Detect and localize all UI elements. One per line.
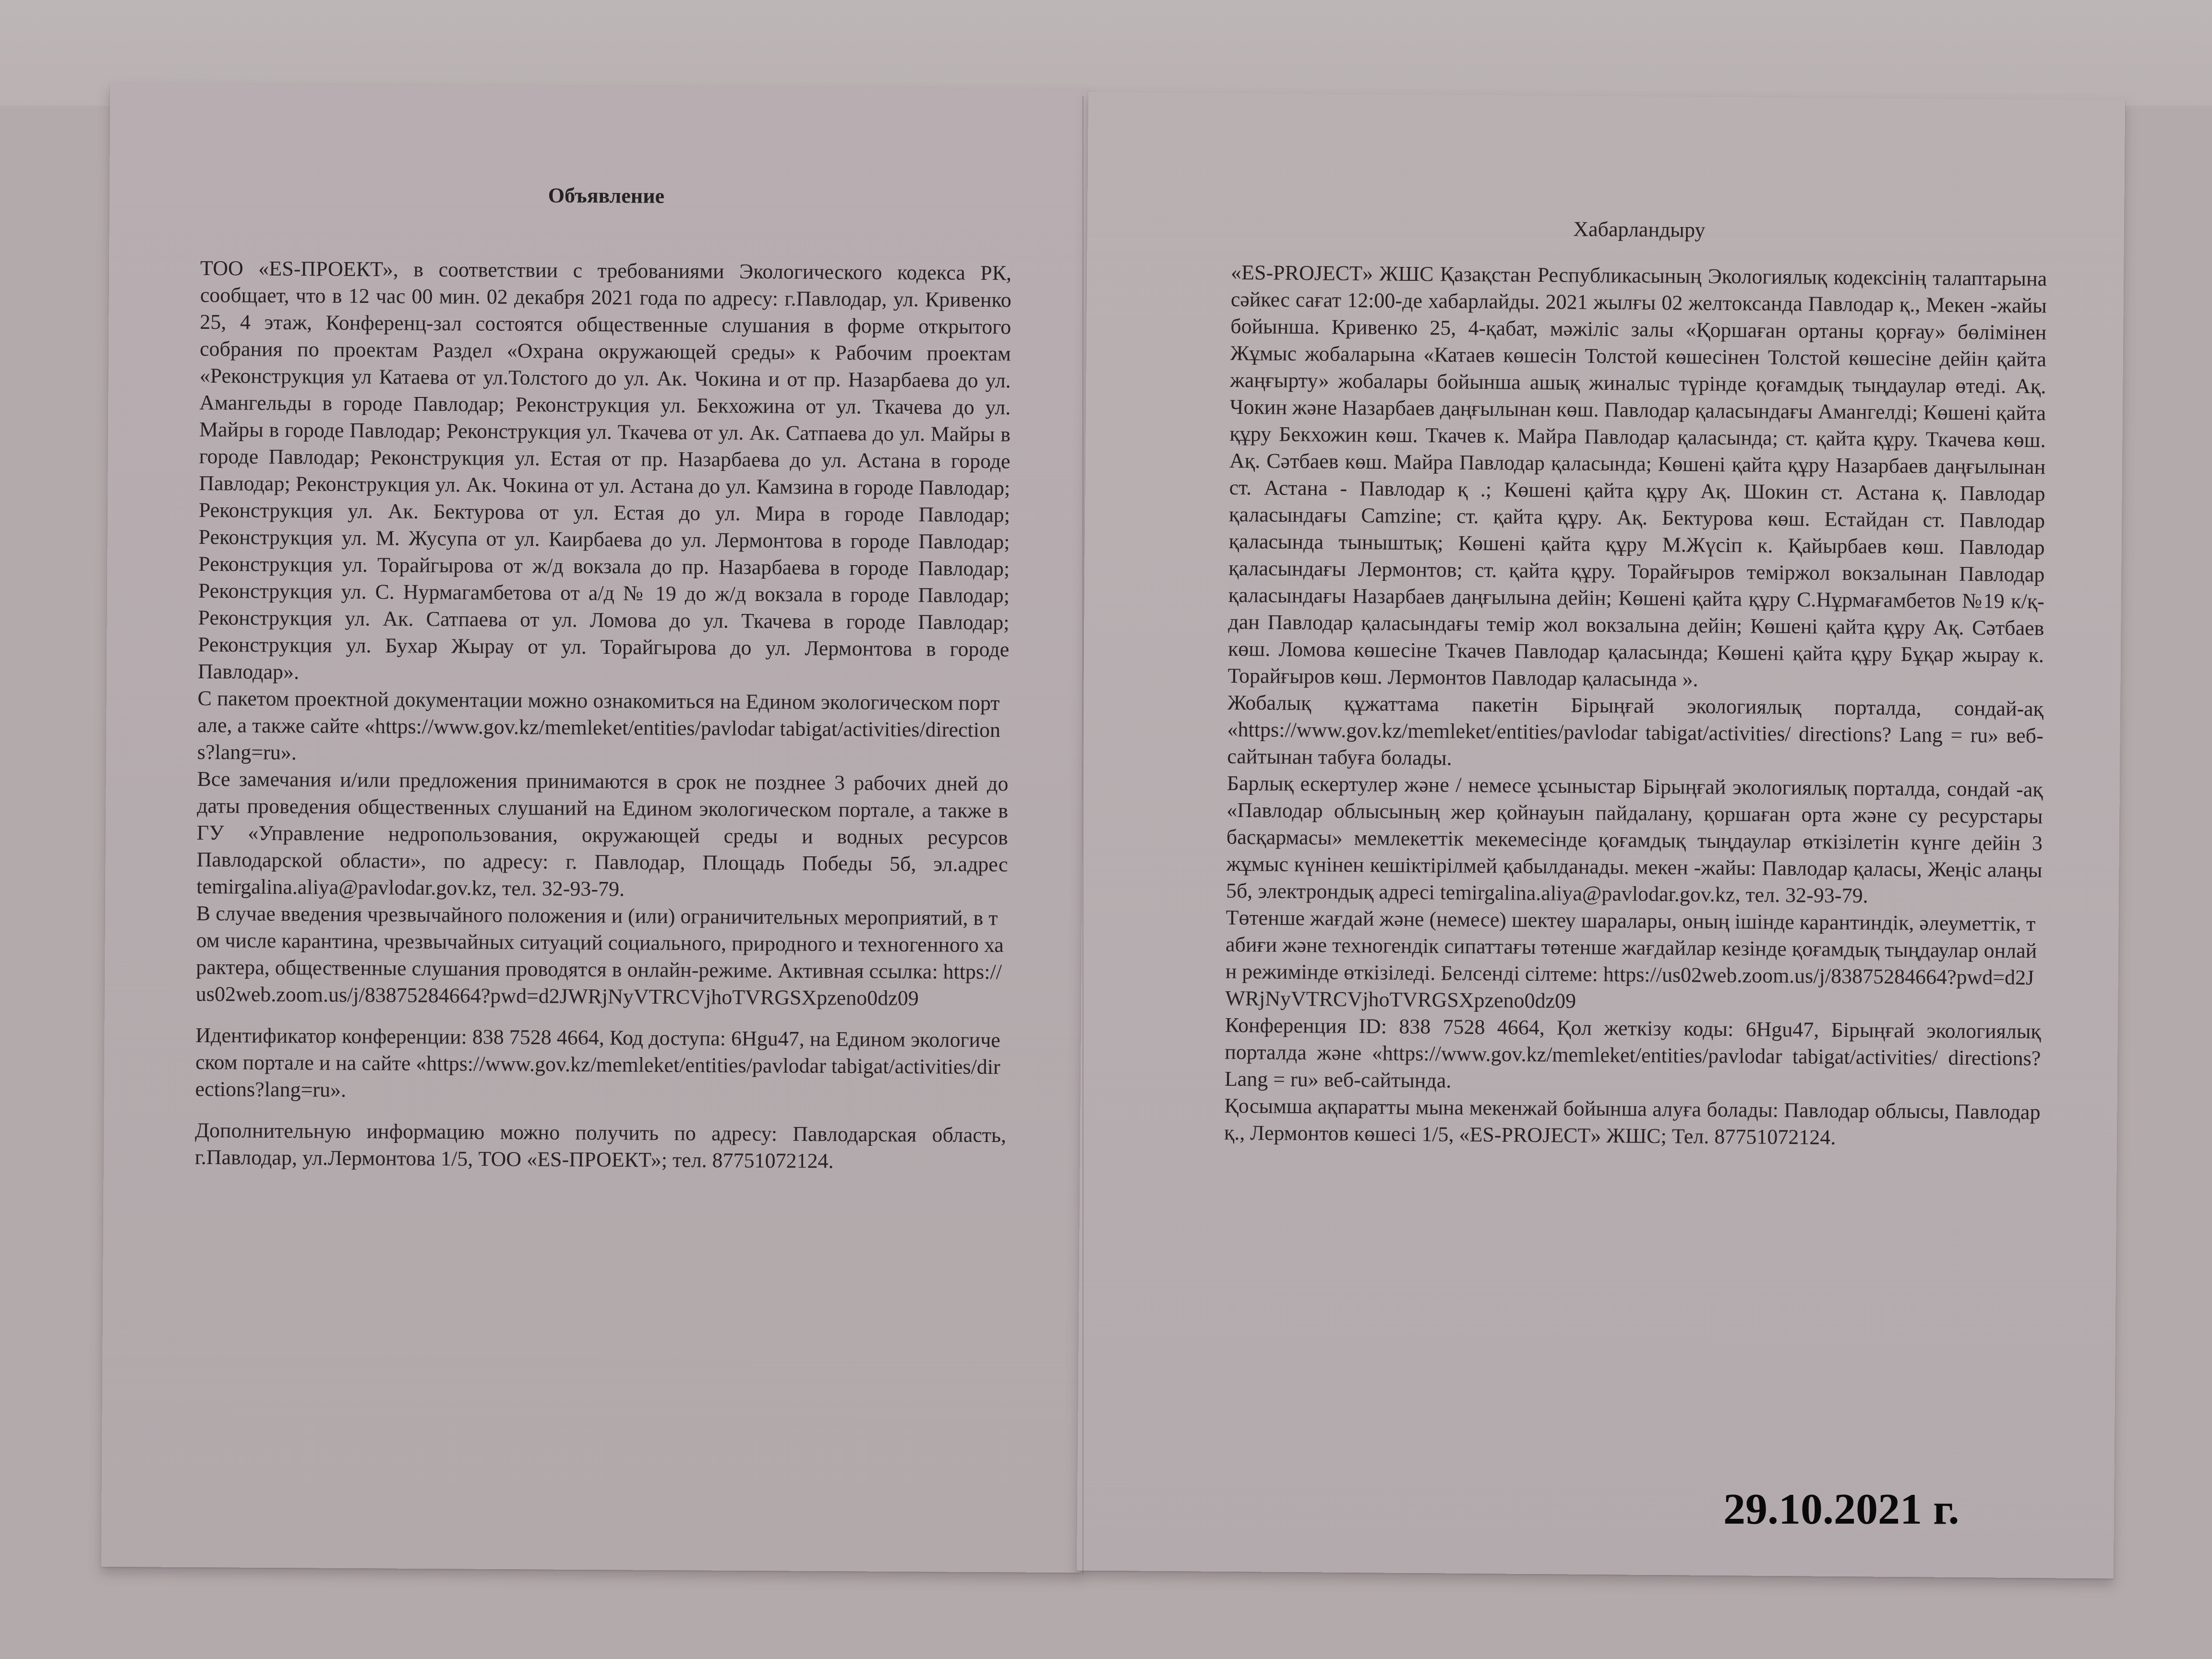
russian-title: Объявление [201, 180, 1012, 212]
sheet-overlap-seam [1082, 96, 1083, 1575]
russian-paragraph-online: В случае введения чрезвычайного положени… [196, 900, 1008, 1012]
kazakh-paragraph-main: «ES-PROJECT» ЖШС Қазақстан Республикасын… [1227, 259, 2047, 696]
announcement-sheet-kazakh: Хабарландыру «ES-PROJECT» ЖШС Қазақстан … [1077, 92, 2125, 1579]
photo-date-stamp: 29.10.2021 г. [1723, 1483, 1959, 1534]
kazakh-paragraph-contact: Қосымша ақпаратты мына мекенжай бойынша … [1224, 1093, 2041, 1153]
kazakh-paragraph-online: Төтенше жағдай және (немесе) шектеу шара… [1225, 904, 2042, 1018]
russian-paragraph-conference-id: Идентификатор конференции: 838 7528 4664… [195, 1022, 1007, 1107]
kazakh-paragraph-comments: Барлық ескертулер және / немесе ұсыныста… [1226, 770, 2043, 911]
russian-paragraph-comments: Все замечания и/или предложения принимаю… [196, 766, 1009, 905]
russian-paragraph-documentation: С пакетом проектной документации можно о… [197, 685, 1009, 770]
kazakh-paragraph-conference-id: Конференция ID: 838 7528 4664, Қол жеткі… [1225, 1012, 2041, 1099]
russian-text-column: Объявление ТОО «ES-ПРОЕКТ», в соответств… [195, 180, 1012, 1176]
announcement-sheet-russian: Объявление ТОО «ES-ПРОЕКТ», в соответств… [101, 84, 1090, 1573]
russian-paragraph-contact: Дополнительную информацию можно получить… [195, 1117, 1007, 1176]
kazakh-text-column: Хабарландыру «ES-PROJECT» ЖШС Қазақстан … [1224, 213, 2047, 1153]
kazakh-title: Хабарландыру [1231, 213, 2047, 246]
russian-paragraph-main: ТОО «ES-ПРОЕКТ», в соответствии с требов… [198, 255, 1011, 690]
kazakh-paragraph-documentation: Жобалық құжаттама пакетін Бірыңғай эколо… [1227, 689, 2044, 776]
